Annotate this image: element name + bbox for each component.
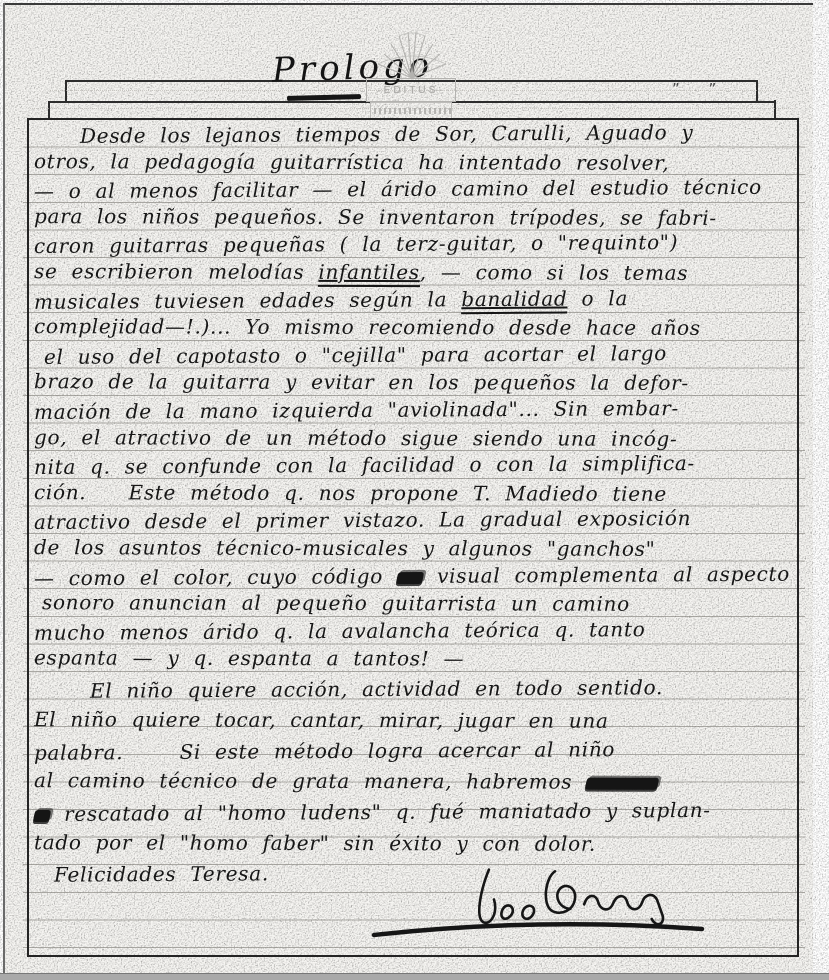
manuscript-text: — o al menos facilitar — el árido camino… (34, 175, 762, 203)
manuscript-line: caron guitarras pequeñas ( la terz-guita… (34, 229, 678, 259)
manuscript-text: go, el atractivo de un método sigue sien… (34, 425, 678, 451)
manuscript-text: Felicidades Teresa. (54, 861, 269, 886)
manuscript-line: musicales tuviesen edades según la banal… (34, 285, 628, 315)
crossed-out-scribble (585, 778, 660, 790)
manuscript-line: se escribieron melodías infantiles, — co… (34, 258, 688, 286)
manuscript-text: caron guitarras pequeñas ( la terz-guita… (34, 230, 678, 258)
manuscript-line: — o al menos facilitar — el árido camino… (34, 174, 762, 204)
manuscript-line: brazo de la guitarra y evitar en los peq… (34, 369, 689, 397)
manuscript-text: El niño quiere tocar, cantar, mirar, jug… (34, 707, 609, 733)
manuscript-text: complejidad—!.)... Yo mismo recomiendo d… (34, 314, 701, 340)
manuscript-line: para los niños pequeños. Se inventaron t… (34, 203, 717, 231)
manuscript-line: Desde los lejanos tiempos de Sor, Carull… (80, 119, 694, 149)
manuscript-text: atractivo desde el primer vistazo. La gr… (34, 506, 691, 534)
manuscript-text: brazo de la guitarra y evitar en los peq… (34, 370, 689, 396)
manuscript-text: de los asuntos técnico-musicales y algun… (34, 535, 656, 561)
manuscript-text: mucho menos árido q. la avalancha teóric… (34, 617, 646, 645)
manuscript-line: El niño quiere tocar, cantar, mirar, jug… (34, 706, 609, 734)
manuscript-text: se escribieron melodías (34, 259, 318, 284)
manuscript-line: mación de la mano izquierda "aviolinada"… (34, 395, 679, 425)
manuscript-text: el uso del capotasto o "cejilla" para ac… (44, 341, 667, 369)
manuscript-text: El niño quiere acción, actividad en todo… (90, 675, 663, 702)
manuscript-line: otros, la pedagogía guitarrística ha int… (34, 148, 669, 176)
manuscript-line: El niño quiere acción, actividad en todo… (90, 674, 663, 703)
manuscript-text: otros, la pedagogía guitarrística ha int… (34, 149, 669, 175)
crossed-out-scribble (33, 810, 51, 822)
manuscript-line: rescatado al "homo ludens" q. fué maniat… (34, 797, 711, 827)
manuscript-text: espanta — y q. espanta a tantos! — (34, 646, 464, 671)
manuscript-text: banalidad (461, 286, 567, 314)
manuscript-text: ción. Este método q. nos propone T. Madi… (34, 480, 667, 506)
signature-underline-flourish (366, 916, 710, 946)
manuscript-line: al camino técnico de grata manera, habre… (34, 768, 658, 796)
crossed-out-scribble (396, 572, 424, 584)
manuscript-lines: Desde los lejanos tiempos de Sor, Carull… (0, 0, 829, 980)
manuscript-line: go, el atractivo de un método sigue sien… (34, 424, 678, 452)
manuscript-text: , — como si los temas (420, 260, 689, 285)
manuscript-line: — como el color, cuyo código visual comp… (34, 560, 790, 591)
manuscript-line: mucho menos árido q. la avalancha teóric… (34, 616, 646, 646)
manuscript-line: espanta — y q. espanta a tantos! — (34, 645, 464, 672)
manuscript-line: de los asuntos técnico-musicales y algun… (34, 534, 656, 562)
manuscript-line: nita q. se confunde con la facilidad o c… (34, 450, 695, 480)
manuscript-text: — como el color, cuyo código (34, 564, 397, 590)
manuscript-line: complejidad—!.)... Yo mismo recomiendo d… (34, 313, 701, 341)
manuscript-text: para los niños pequeños. Se inventaron t… (34, 204, 717, 230)
manuscript-text: sonoro anuncian al pequeño guitarrista u… (42, 590, 630, 616)
manuscript-line: atractivo desde el primer vistazo. La gr… (34, 505, 691, 535)
manuscript-text: musicales tuviesen edades según la (34, 287, 461, 314)
manuscript-text: nita q. se confunde con la facilidad o c… (34, 451, 695, 479)
manuscript-line: Felicidades Teresa. (54, 860, 269, 887)
manuscript-line: sonoro anuncian al pequeño guitarrista u… (42, 589, 630, 617)
manuscript-text: palabra. Si este método logra acercar al… (34, 737, 615, 765)
manuscript-text: visual complementa al aspecto (423, 561, 790, 587)
manuscript-line: tado por el "homo faber" sin éxito y con… (34, 829, 596, 856)
manuscript-text: al camino técnico de grata manera, habre… (34, 769, 586, 794)
manuscript-line: palabra. Si este método logra acercar al… (34, 736, 615, 766)
manuscript-text: o la (567, 286, 628, 310)
manuscript-line: ción. Este método q. nos propone T. Madi… (34, 479, 667, 507)
manuscript-text: rescatado al "homo ludens" q. fué maniat… (50, 798, 711, 826)
manuscript-text: Desde los lejanos tiempos de Sor, Carull… (80, 120, 694, 148)
manuscript-text: infantiles (318, 260, 419, 287)
manuscript-text: tado por el "homo faber" sin éxito y con… (34, 830, 596, 855)
manuscript-text: mación de la mano izquierda "aviolinada"… (34, 396, 679, 424)
manuscript-line: el uso del capotasto o "cejilla" para ac… (44, 340, 667, 370)
